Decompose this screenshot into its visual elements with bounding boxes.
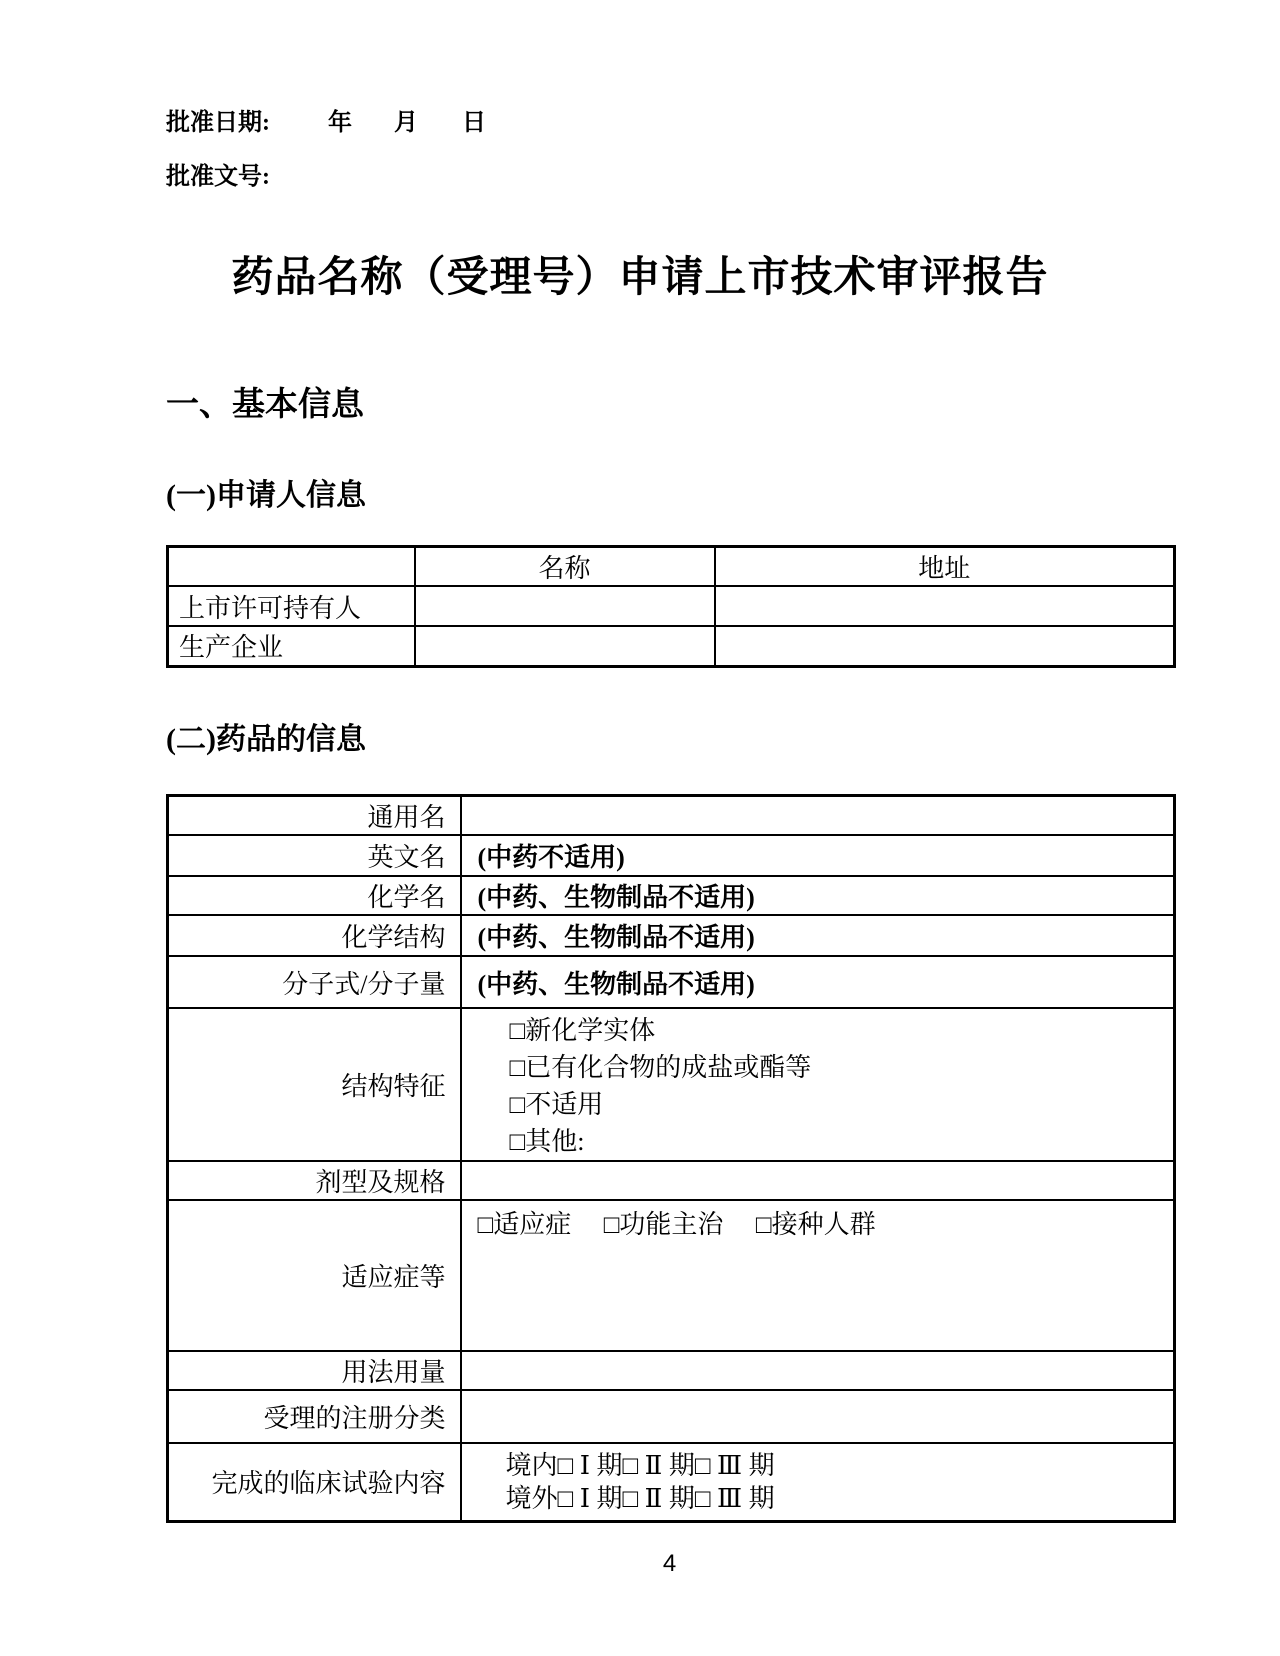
approval-date-day: 日 bbox=[462, 110, 486, 136]
row-label-dosage-form: 剂型及规格 bbox=[168, 1161, 461, 1200]
page-title: 药品名称（受理号）申请上市技术审评报告 bbox=[0, 252, 1280, 305]
indications-checklist: □适应症 □功能主治 □接种人群 bbox=[461, 1200, 1175, 1351]
row-label-molecular-formula: 分子式/分子量 bbox=[168, 956, 461, 1008]
structure-features-checklist: □新化学实体 □已有化合物的成盐或酯等 □不适用 □其他: bbox=[461, 1008, 1175, 1161]
approval-date-year: 年 bbox=[328, 110, 352, 136]
row-label-manufacturer: 生产企业 bbox=[168, 626, 415, 666]
row-label-mah: 上市许可持有人 bbox=[168, 586, 415, 626]
english-name-cell: (中药不适用) bbox=[461, 835, 1175, 876]
table-row: 适应症等 □适应症 □功能主治 □接种人群 bbox=[168, 1200, 1175, 1351]
table-row: 化学结构 (中药、生物制品不适用) bbox=[168, 915, 1175, 956]
document-page: 批准日期:年月日 批准文号: 药品名称（受理号）申请上市技术审评报告 一、基本信… bbox=[0, 0, 1280, 1656]
table-row: 受理的注册分类 bbox=[168, 1390, 1175, 1443]
section-heading-basic-info: 一、基本信息 bbox=[166, 382, 364, 427]
applicant-header-empty-cell bbox=[168, 547, 415, 587]
manufacturer-address-cell bbox=[715, 626, 1175, 666]
row-label-chemical-structure: 化学结构 bbox=[168, 915, 461, 956]
approval-date-label: 批准日期: bbox=[166, 110, 270, 136]
col-header-address: 地址 bbox=[715, 547, 1175, 587]
table-row: 上市许可持有人 bbox=[168, 586, 1175, 626]
manufacturer-name-cell bbox=[415, 626, 715, 666]
row-label-indications: 适应症等 bbox=[168, 1200, 461, 1351]
table-row: 用法用量 bbox=[168, 1351, 1175, 1390]
approval-header: 批准日期:年月日 批准文号: bbox=[166, 108, 486, 192]
chemical-name-cell: (中药、生物制品不适用) bbox=[461, 876, 1175, 915]
chemical-structure-cell: (中药、生物制品不适用) bbox=[461, 915, 1175, 956]
applicant-table: 名称 地址 上市许可持有人 生产企业 bbox=[166, 545, 1176, 668]
row-label-usage-dosage: 用法用量 bbox=[168, 1351, 461, 1390]
approval-number-line: 批准文号: bbox=[166, 162, 486, 192]
row-label-structure-features: 结构特征 bbox=[168, 1008, 461, 1161]
mah-address-cell bbox=[715, 586, 1175, 626]
drug-info-table: 通用名 英文名 (中药不适用) 化学名 (中药、生物制品不适用) 化学结构 (中… bbox=[166, 794, 1176, 1523]
approval-date-month: 月 bbox=[394, 110, 418, 136]
dosage-form-cell bbox=[461, 1161, 1175, 1200]
completed-trials-checklist: 境内□ Ⅰ 期□ Ⅱ 期□ Ⅲ 期 境外□ Ⅰ 期□ Ⅱ 期□ Ⅲ 期 bbox=[461, 1443, 1175, 1521]
usage-dosage-cell bbox=[461, 1351, 1175, 1390]
table-row: 完成的临床试验内容 境内□ Ⅰ 期□ Ⅱ 期□ Ⅲ 期 境外□ Ⅰ 期□ Ⅱ 期… bbox=[168, 1443, 1175, 1521]
molecular-formula-cell: (中药、生物制品不适用) bbox=[461, 956, 1175, 1008]
page-number: 4 bbox=[166, 1550, 1173, 1578]
subsection-heading-applicant-info: (一)申请人信息 bbox=[166, 476, 366, 515]
table-row: 英文名 (中药不适用) bbox=[168, 835, 1175, 876]
row-label-generic-name: 通用名 bbox=[168, 796, 461, 836]
table-row: 化学名 (中药、生物制品不适用) bbox=[168, 876, 1175, 915]
row-label-registration-category: 受理的注册分类 bbox=[168, 1390, 461, 1443]
table-row: 分子式/分子量 (中药、生物制品不适用) bbox=[168, 956, 1175, 1008]
mah-name-cell bbox=[415, 586, 715, 626]
table-row: 生产企业 bbox=[168, 626, 1175, 666]
row-label-completed-trials: 完成的临床试验内容 bbox=[168, 1443, 461, 1521]
table-row: 剂型及规格 bbox=[168, 1161, 1175, 1200]
col-header-name: 名称 bbox=[415, 547, 715, 587]
registration-category-cell bbox=[461, 1390, 1175, 1443]
generic-name-cell bbox=[461, 796, 1175, 836]
applicant-table-header-row: 名称 地址 bbox=[168, 547, 1175, 587]
row-label-chemical-name: 化学名 bbox=[168, 876, 461, 915]
subsection-heading-drug-info: (二)药品的信息 bbox=[166, 720, 366, 759]
row-label-english-name: 英文名 bbox=[168, 835, 461, 876]
table-row: 结构特征 □新化学实体 □已有化合物的成盐或酯等 □不适用 □其他: bbox=[168, 1008, 1175, 1161]
table-row: 通用名 bbox=[168, 796, 1175, 836]
approval-number-label: 批准文号: bbox=[166, 164, 270, 190]
approval-date-line: 批准日期:年月日 bbox=[166, 108, 486, 138]
